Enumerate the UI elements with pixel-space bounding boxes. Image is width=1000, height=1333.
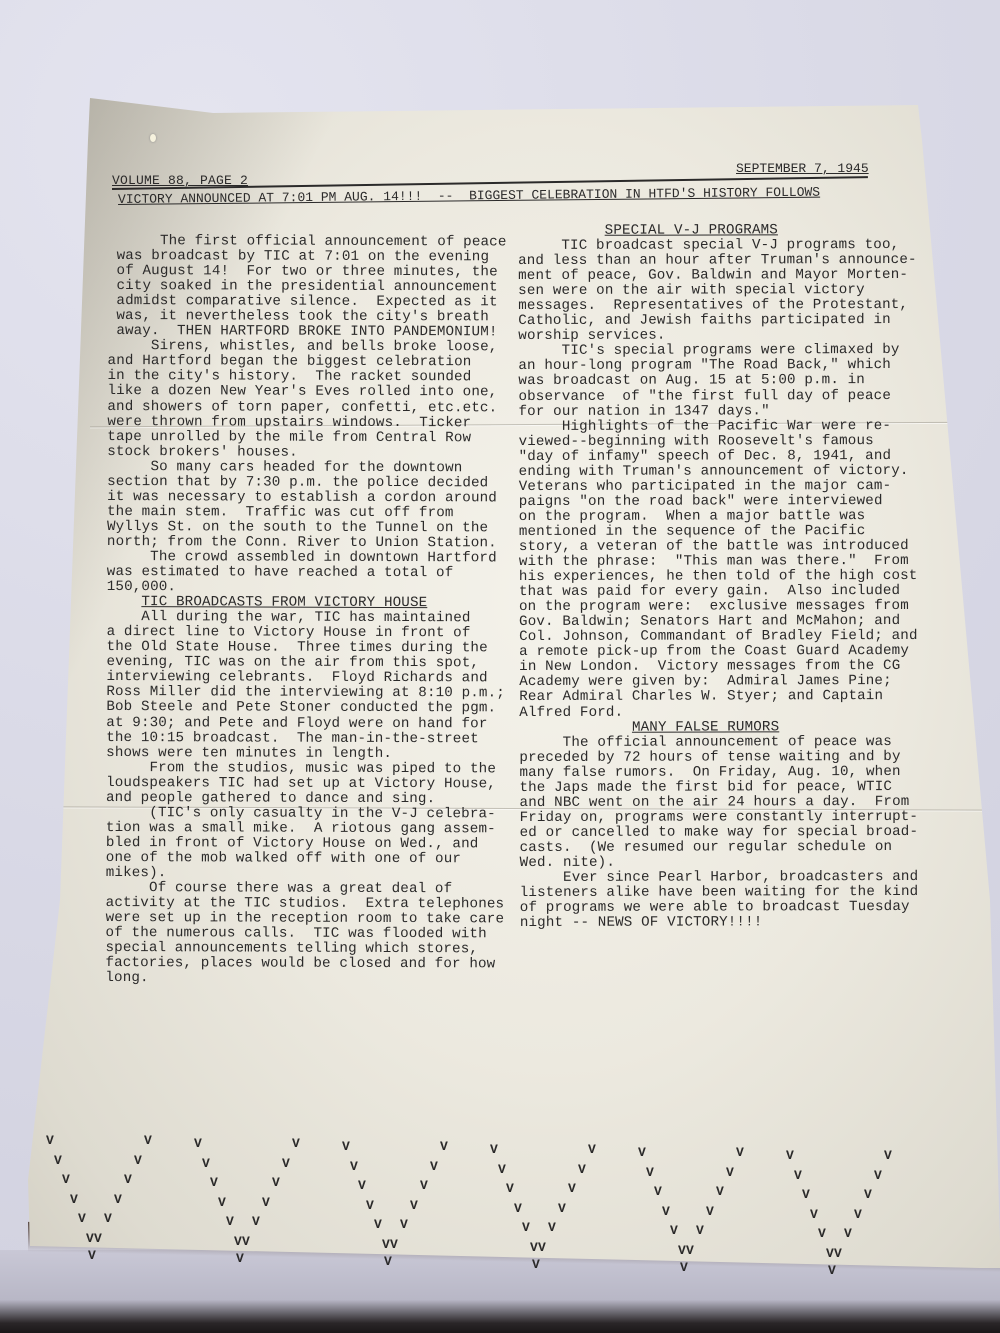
v-glyph: V [522, 1220, 530, 1235]
document-content: VOLUME 88, PAGE 2 SEPTEMBER 7, 1945 VICT… [0, 0, 1000, 1333]
v-glyph: V [226, 1214, 234, 1229]
v-glyph: V [210, 1175, 218, 1190]
v-glyph: V [358, 1178, 366, 1193]
v-glyph: V [62, 1172, 70, 1187]
v-glyph: V [854, 1207, 862, 1222]
v-glyph: V [282, 1156, 290, 1171]
v-glyph: V [874, 1168, 882, 1183]
v-glyph: V [818, 1226, 826, 1241]
v-glyph: V [726, 1165, 734, 1180]
v-glyph: V [678, 1243, 686, 1258]
v-glyph: V [638, 1145, 646, 1160]
v-glyph: V [686, 1243, 694, 1258]
v-glyph: V [46, 1133, 54, 1148]
v-glyph: V [94, 1231, 102, 1246]
v-glyph: V [272, 1175, 280, 1190]
v-glyph: V [374, 1217, 382, 1232]
v-glyph: V [802, 1187, 810, 1202]
v-glyph: V [794, 1168, 802, 1183]
v-glyph: V [78, 1211, 86, 1226]
v-glyph: V [514, 1201, 522, 1216]
v-for-victory-ornament: VVVVVVVVVVVVVVVVVVVVVVVVVVVVVVVVVVVVVVVV… [0, 0, 1000, 1333]
v-glyph: V [252, 1214, 260, 1229]
v-glyph: V [588, 1142, 596, 1157]
v-glyph: V [366, 1198, 374, 1213]
v-glyph: V [828, 1263, 836, 1278]
v-glyph: V [242, 1234, 250, 1249]
v-glyph: V [670, 1223, 678, 1238]
v-glyph: V [262, 1195, 270, 1210]
v-glyph: V [104, 1211, 112, 1226]
v-glyph: V [884, 1148, 892, 1163]
v-glyph: V [218, 1195, 226, 1210]
v-glyph: V [430, 1159, 438, 1174]
v-glyph: V [844, 1226, 852, 1241]
v-glyph: V [696, 1223, 704, 1238]
v-glyph: V [490, 1142, 498, 1157]
v-glyph: V [134, 1153, 142, 1168]
v-glyph: V [568, 1181, 576, 1196]
v-glyph: V [440, 1139, 448, 1154]
v-glyph: V [350, 1159, 358, 1174]
v-glyph: V [124, 1172, 132, 1187]
v-glyph: V [706, 1204, 714, 1219]
v-glyph: V [292, 1136, 300, 1151]
v-glyph: V [864, 1187, 872, 1202]
v-glyph: V [646, 1165, 654, 1180]
v-glyph: V [342, 1139, 350, 1154]
v-glyph: V [506, 1181, 514, 1196]
v-glyph: V [144, 1133, 152, 1148]
v-glyph: V [736, 1145, 744, 1160]
v-glyph: V [826, 1246, 834, 1261]
v-glyph: V [114, 1192, 122, 1207]
v-glyph: V [234, 1234, 242, 1249]
v-glyph: V [654, 1184, 662, 1199]
v-glyph: V [86, 1231, 94, 1246]
v-glyph: V [498, 1162, 506, 1177]
v-glyph: V [420, 1178, 428, 1193]
v-glyph: V [558, 1201, 566, 1216]
v-glyph: V [680, 1260, 688, 1275]
v-glyph: V [578, 1162, 586, 1177]
v-glyph: V [548, 1220, 556, 1235]
v-glyph: V [786, 1148, 794, 1163]
v-glyph: V [662, 1204, 670, 1219]
v-glyph: V [390, 1237, 398, 1252]
v-glyph: V [236, 1251, 244, 1266]
v-glyph: V [88, 1248, 96, 1263]
v-glyph: V [532, 1257, 540, 1272]
v-glyph: V [54, 1153, 62, 1168]
v-glyph: V [716, 1184, 724, 1199]
v-glyph: V [202, 1156, 210, 1171]
v-glyph: V [410, 1198, 418, 1213]
v-glyph: V [382, 1237, 390, 1252]
v-glyph: V [194, 1136, 202, 1151]
v-glyph: V [530, 1240, 538, 1255]
v-glyph: V [538, 1240, 546, 1255]
v-glyph: V [400, 1217, 408, 1232]
v-glyph: V [810, 1207, 818, 1222]
v-glyph: V [384, 1254, 392, 1269]
v-glyph: V [834, 1246, 842, 1261]
v-glyph: V [70, 1192, 78, 1207]
